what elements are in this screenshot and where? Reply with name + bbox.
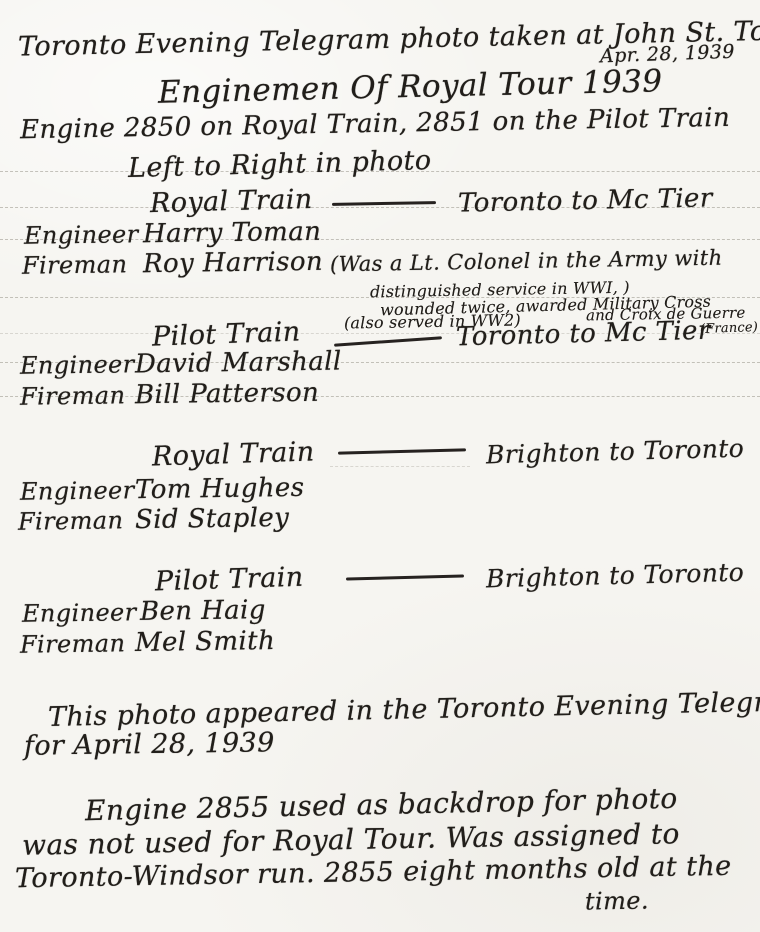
ruled-line: [330, 466, 470, 467]
crew-name: Harry Toman: [143, 218, 322, 249]
train-name: Royal Train: [150, 185, 313, 219]
crew-role: Engineer: [20, 351, 135, 379]
crew-role: Fireman: [22, 251, 128, 279]
scanned-handwritten-page: Toronto Evening Telegram photo taken at …: [0, 0, 760, 932]
crew-name: Tom Hughes: [135, 474, 305, 505]
crew-role: Engineer: [20, 477, 135, 505]
footer-paragraph-line: for April 28, 1939: [24, 728, 275, 761]
caption-left-to-right: Left to Right in photo: [128, 146, 432, 184]
page-title: Enginemen Of Royal Tour 1939: [158, 64, 663, 110]
crew-role: Fireman: [20, 630, 126, 658]
engines-line: Engine 2850 on Royal Train, 2851 on the …: [20, 104, 731, 145]
route-note: (France): [700, 321, 759, 337]
footer-paragraph-line: time.: [585, 887, 649, 915]
route: Toronto to Mc Tier: [458, 184, 713, 218]
pen-dash: [338, 448, 466, 454]
footer-paragraph-line: This photo appeared in the Toronto Eveni…: [48, 687, 760, 733]
crew-name: Mel Smith: [135, 627, 276, 658]
crew-role: Fireman: [18, 507, 124, 535]
crew-role: Engineer: [22, 599, 137, 627]
crew-name: Sid Stapley: [135, 504, 290, 535]
crew-note: (Was a Lt. Colonel in the Army with: [330, 247, 723, 277]
train-name: Pilot Train: [155, 563, 304, 597]
crew-name: Bill Patterson: [135, 379, 320, 410]
crew-name: Roy Harrison: [143, 248, 323, 279]
route: Brighton to Toronto: [486, 559, 745, 593]
pen-dash: [334, 336, 442, 347]
pen-dash: [332, 201, 436, 206]
route: Brighton to Toronto: [486, 435, 745, 469]
crew-name: David Marshall: [135, 348, 342, 379]
route: Toronto to Mc Tier: [456, 317, 711, 352]
train-name: Royal Train: [152, 437, 315, 472]
crew-role: Fireman: [20, 382, 126, 410]
crew-role: Engineer: [24, 221, 139, 249]
crew-name: Ben Haig: [140, 596, 266, 626]
pen-dash: [346, 574, 464, 580]
